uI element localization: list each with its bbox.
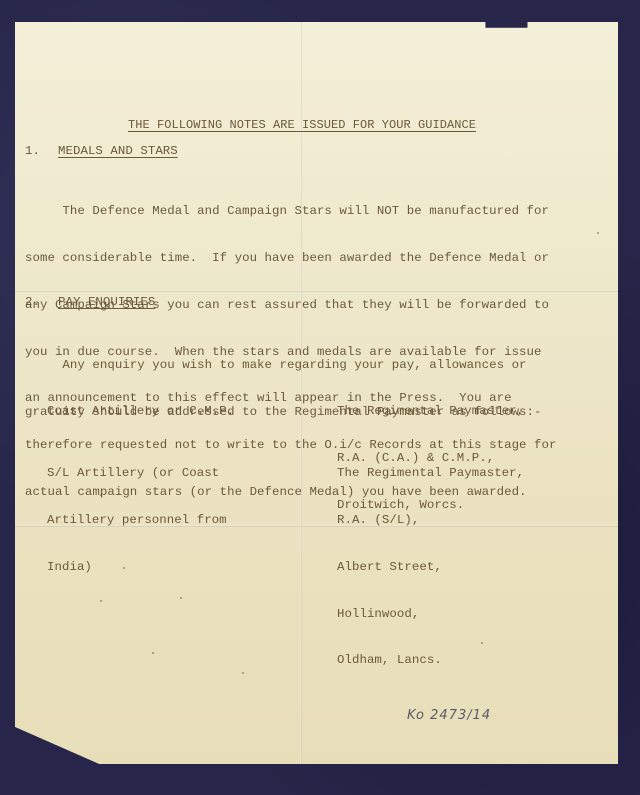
text-line: Oldham, Lancs. — [337, 653, 524, 669]
text-line: Albert Street, — [337, 560, 524, 576]
paymaster-category: S/L Artillery (or Coast Artillery person… — [47, 435, 227, 607]
section-number: 2. — [25, 295, 40, 311]
section-heading: MEDALS AND STARS — [58, 144, 178, 160]
section-number: 1. — [25, 144, 40, 160]
text-line: The Regimental Paymaster, — [337, 466, 524, 482]
paper-speck — [180, 597, 182, 599]
text-line: India) — [47, 560, 227, 576]
paper-speck — [152, 652, 154, 654]
text-line: The Defence Medal and Campaign Stars wil… — [25, 204, 556, 220]
paymaster-address: The Regimental Paymaster, R.A. (S/L), Al… — [337, 435, 524, 700]
paper-speck — [100, 494, 102, 496]
paper-speck — [242, 672, 244, 674]
text-line: S/L Artillery (or Coast — [47, 466, 227, 482]
handwritten-reference: Ko 2473/14 — [407, 708, 491, 723]
paper-speck — [123, 567, 125, 569]
paper-speck — [100, 600, 102, 602]
text-line: Any enquiry you wish to make regarding y… — [25, 358, 542, 374]
document-title: THE FOLLOWING NOTES ARE ISSUED FOR YOUR … — [128, 118, 476, 134]
text-line: Coast Artillery or C.M.P. — [47, 404, 234, 420]
text-line: Artillery personnel from — [47, 513, 227, 529]
paper-speck — [597, 232, 599, 234]
text-line: The Regimental Paymaster, — [337, 404, 524, 420]
paper-speck — [481, 642, 483, 644]
text-line: Hollinwood, — [337, 607, 524, 623]
text-line: R.A. (S/L), — [337, 513, 524, 529]
text-line: some considerable time. If you have been… — [25, 251, 556, 267]
document-paper: THE FOLLOWING NOTES ARE ISSUED FOR YOUR … — [15, 22, 618, 764]
section-heading: PAY ENQUIRIES — [58, 295, 155, 311]
